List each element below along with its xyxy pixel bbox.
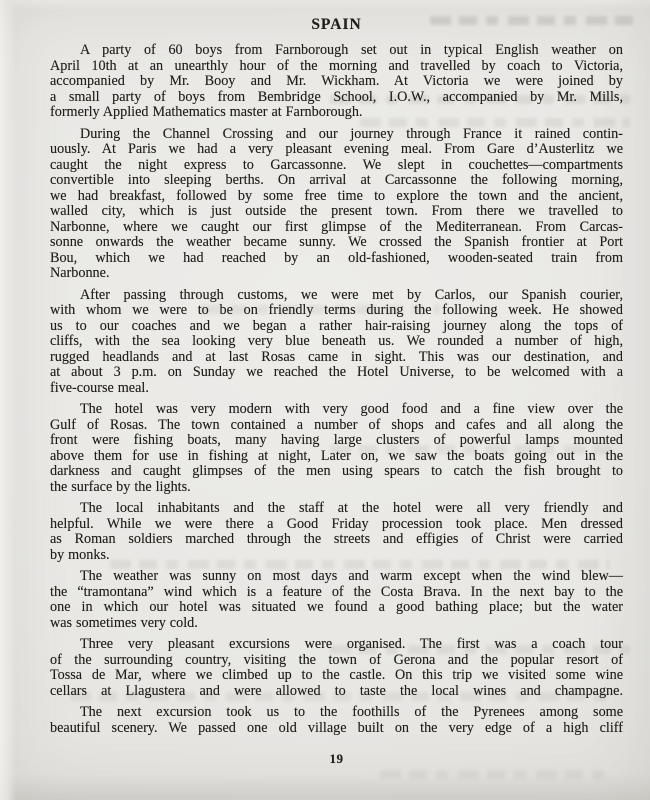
- text-line: Narbonne, where we caught our first glim…: [50, 220, 623, 236]
- text-line: helpful. While we were there a Good Frid…: [50, 517, 623, 533]
- paragraph: During the Channel Crossing and our jour…: [50, 127, 623, 282]
- text-line: sonne onwards the weather became sunny. …: [50, 235, 623, 251]
- paragraph: The weather was sunny on most days and w…: [50, 569, 623, 631]
- text-line: five-course meal.: [50, 381, 623, 397]
- text-line: with whom we were to be on friendly term…: [50, 303, 623, 319]
- text-line: beautiful scenery. We passed one old vil…: [50, 721, 623, 737]
- text-line: The hotel was very modern with very good…: [50, 402, 623, 418]
- text-line: the surface by the lights.: [50, 480, 623, 496]
- text-line: April 10th at an unearthly hour of the m…: [50, 59, 623, 75]
- text-line: Bou, which we had reached by an old-fash…: [50, 251, 623, 267]
- article-body: A party of 60 boys from Farnborough set …: [50, 43, 623, 736]
- text-line: by monks.: [50, 548, 623, 564]
- page-title: SPAIN: [50, 16, 623, 34]
- text-line: uously. At Paris we had a very pleasant …: [50, 142, 623, 158]
- text-line: at about 3 p.m. on Sunday we reached the…: [50, 365, 623, 381]
- text-line: above them for use in fishing at night, …: [50, 449, 623, 465]
- text-line: front were fishing boats, many having la…: [50, 433, 623, 449]
- text-line: convertible into sleeping berths. On arr…: [50, 173, 623, 189]
- text-line: cliffs, with the sea looking very blue b…: [50, 334, 623, 350]
- text-line: one in which our hotel was situated we f…: [50, 600, 623, 616]
- text-line: us to our coaches and we began a rather …: [50, 319, 623, 335]
- paragraph: After passing through customs, we were m…: [50, 288, 623, 397]
- paragraph: The local inhabitants and the staff at t…: [50, 501, 623, 563]
- text-line: walled city, which is just outside the p…: [50, 204, 623, 220]
- text-line: Three very pleasant excursions were orga…: [50, 637, 623, 653]
- text-line: cellars at Llagustera and were allowed t…: [50, 684, 623, 700]
- text-line: After passing through customs, we were m…: [50, 288, 623, 304]
- text-line: of the surrounding country, visiting the…: [50, 653, 623, 669]
- text-line: Gulf of Rosas. The town contained a numb…: [50, 418, 623, 434]
- text-line: During the Channel Crossing and our jour…: [50, 127, 623, 143]
- text-line: The weather was sunny on most days and w…: [50, 569, 623, 585]
- text-line: darkness and caught glimpses of the men …: [50, 464, 623, 480]
- text-line: the “tramontana” wind which is a feature…: [50, 585, 623, 601]
- paragraph: The next excursion took us to the foothi…: [50, 705, 623, 736]
- text-block: SPAIN A party of 60 boys from Farnboroug…: [50, 16, 623, 742]
- page-number: 19: [50, 751, 623, 767]
- scanned-page: SPAIN A party of 60 boys from Farnboroug…: [0, 0, 650, 800]
- text-line: as Roman soldiers marched through the st…: [50, 532, 623, 548]
- paragraph: A party of 60 boys from Farnborough set …: [50, 43, 623, 121]
- text-line: The local inhabitants and the staff at t…: [50, 501, 623, 517]
- text-line: we had breakfast, followed by some free …: [50, 189, 623, 205]
- text-line: Narbonne.: [50, 266, 623, 282]
- paragraph: The hotel was very modern with very good…: [50, 402, 623, 495]
- text-line: a small party of boys from Bembridge Sch…: [50, 90, 623, 106]
- text-line: A party of 60 boys from Farnborough set …: [50, 43, 623, 59]
- text-line: accompanied by Mr. Booy and Mr. Wickham.…: [50, 74, 623, 90]
- text-line: was sometimes very cold.: [50, 616, 623, 632]
- text-line: rugged headlands and at last Rosas came …: [50, 350, 623, 366]
- bleed-through-artifact: [380, 770, 610, 779]
- paragraph: Three very pleasant excursions were orga…: [50, 637, 623, 699]
- text-line: Tossa de Mar, where we climbed up to the…: [50, 668, 623, 684]
- text-line: caught the night express to Garcassonne.…: [50, 158, 623, 174]
- text-line: formerly Applied Mathematics master at F…: [50, 105, 623, 121]
- text-line: The next excursion took us to the foothi…: [50, 705, 623, 721]
